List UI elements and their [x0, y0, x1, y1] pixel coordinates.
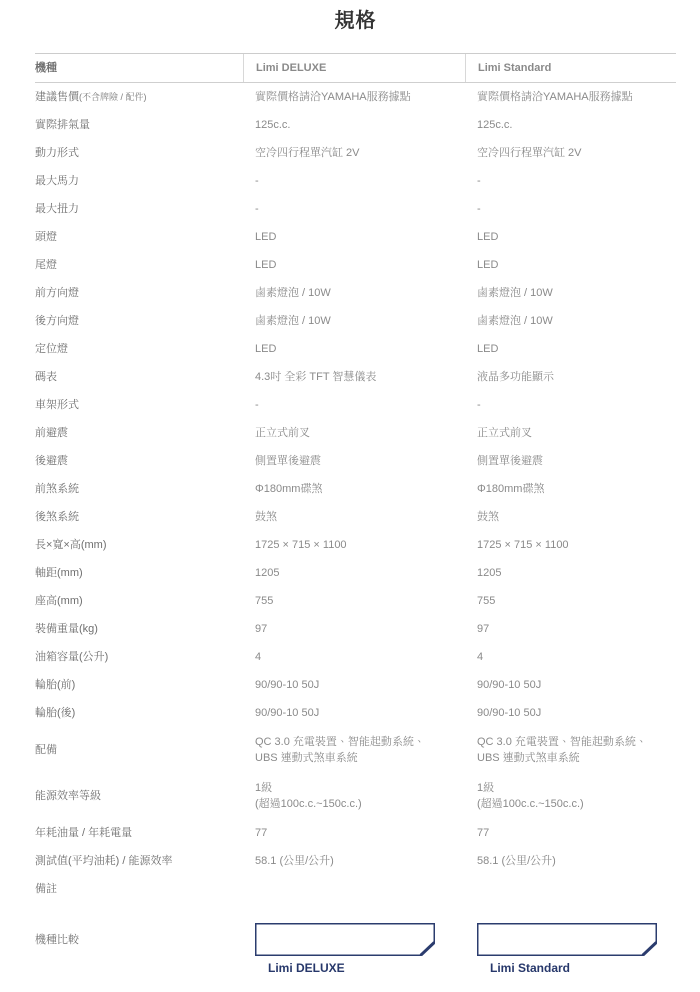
spec-value-limi-standard: 1205	[465, 565, 676, 581]
table-row: 後煞系統 鼓煞 鼓煞	[35, 503, 676, 531]
table-row: 軸距(mm) 1205 1205	[35, 559, 676, 587]
compare-button-limi-deluxe[interactable]: Limi DELUXE	[255, 923, 435, 956]
spec-label: 油箱容量(公升)	[35, 649, 243, 665]
table-row: 座高(mm) 755 755	[35, 587, 676, 615]
spec-label: 建議售價(不含牌險 / 配件)	[35, 89, 243, 105]
table-row: 能源效率等級 1級 (超過100c.c.~150c.c.) 1級 (超過100c…	[35, 773, 676, 819]
compare-button-label: Limi DELUXE	[255, 953, 345, 975]
table-row: 尾燈 LED LED	[35, 251, 676, 279]
spec-value-limi-deluxe: -	[243, 397, 465, 413]
column-header-limi-standard: Limi Standard	[465, 54, 676, 82]
notched-border-shape	[477, 923, 657, 956]
table-row: 動力形式 空冷四行程單汽缸 2V 空冷四行程單汽缸 2V	[35, 139, 676, 167]
column-header-limi-deluxe: Limi DELUXE	[243, 54, 465, 82]
spec-label: 測試值(平均油耗) / 能源效率	[35, 853, 243, 869]
spec-label: 尾燈	[35, 257, 243, 273]
table-row: 備註	[35, 875, 676, 903]
spec-value-limi-standard: 1級 (超過100c.c.~150c.c.)	[465, 780, 676, 812]
spec-value-limi-standard: 正立式前叉	[465, 425, 676, 441]
spec-label: 能源效率等級	[35, 788, 243, 804]
spec-value-limi-standard: Φ180mm碟煞	[465, 481, 676, 497]
table-row: 定位燈 LED LED	[35, 335, 676, 363]
spec-label: 實際排氣量	[35, 117, 243, 133]
spec-label: 座高(mm)	[35, 593, 243, 609]
spec-value-limi-standard: 58.1 (公里/公升)	[465, 853, 676, 869]
spec-label: 配備	[35, 742, 243, 758]
spec-value-limi-deluxe: 755	[243, 593, 465, 609]
spec-value-limi-standard: 4	[465, 649, 676, 665]
spec-page: 規格 機種 Limi DELUXE Limi Standard 建議售價(不含牌…	[0, 0, 700, 992]
spec-label: 頭燈	[35, 229, 243, 245]
spec-label: 輪胎(前)	[35, 677, 243, 693]
table-row: 前煞系統 Φ180mm碟煞 Φ180mm碟煞	[35, 475, 676, 503]
spec-label: 前避震	[35, 425, 243, 441]
spec-value-limi-deluxe: LED	[243, 341, 465, 357]
compare-button-limi-standard[interactable]: Limi Standard	[477, 923, 657, 956]
spec-value-limi-deluxe: 90/90-10 50J	[243, 705, 465, 721]
spec-value-limi-standard: 實際價格請洽YAMAHA服務據點	[465, 89, 676, 105]
spec-value-limi-standard: 鹵素燈泡 / 10W	[465, 313, 676, 329]
spec-label: 車架形式	[35, 397, 243, 413]
column-header-model: 機種	[35, 54, 243, 82]
spec-value-limi-deluxe: 正立式前叉	[243, 425, 465, 441]
spec-value-limi-standard: -	[465, 173, 676, 189]
compare-button-label: Limi Standard	[477, 953, 570, 975]
spec-value-limi-standard: LED	[465, 341, 676, 357]
spec-label: 後避震	[35, 453, 243, 469]
spec-value-limi-standard: LED	[465, 257, 676, 273]
compare-cell-standard: Limi Standard	[465, 907, 676, 972]
table-body: 建議售價(不含牌險 / 配件) 實際價格請洽YAMAHA服務據點 實際價格請洽Y…	[35, 83, 676, 903]
spec-value-limi-deluxe: 鹵素燈泡 / 10W	[243, 313, 465, 329]
table-row: 前避震 正立式前叉 正立式前叉	[35, 419, 676, 447]
table-row: 輪胎(前) 90/90-10 50J 90/90-10 50J	[35, 671, 676, 699]
spec-value-limi-deluxe: 4	[243, 649, 465, 665]
compare-cell-deluxe: Limi DELUXE	[243, 907, 465, 972]
table-row: 後方向燈 鹵素燈泡 / 10W 鹵素燈泡 / 10W	[35, 307, 676, 335]
table-row: 最大馬力 - -	[35, 167, 676, 195]
spec-label: 機種比較	[35, 932, 243, 948]
spec-value-limi-deluxe: 1205	[243, 565, 465, 581]
table-row: 建議售價(不含牌險 / 配件) 實際價格請洽YAMAHA服務據點 實際價格請洽Y…	[35, 83, 676, 111]
spec-value-limi-standard: 空冷四行程單汽缸 2V	[465, 145, 676, 161]
spec-value-limi-standard: -	[465, 397, 676, 413]
spec-value-limi-deluxe: 空冷四行程單汽缸 2V	[243, 145, 465, 161]
spec-value-limi-deluxe: 58.1 (公里/公升)	[243, 853, 465, 869]
table-row: 輪胎(後) 90/90-10 50J 90/90-10 50J	[35, 699, 676, 727]
spec-value-limi-deluxe: -	[243, 201, 465, 217]
table-row: 後避震 側置單後避震 側置單後避震	[35, 447, 676, 475]
spec-value-limi-deluxe: 鹵素燈泡 / 10W	[243, 285, 465, 301]
table-row: 最大扭力 - -	[35, 195, 676, 223]
table-row: 實際排氣量 125c.c. 125c.c.	[35, 111, 676, 139]
spec-value-limi-standard: 77	[465, 825, 676, 841]
compare-row: 機種比較 Limi DELUXE Limi Standar	[35, 907, 676, 972]
spec-value-limi-deluxe: -	[243, 173, 465, 189]
table-row: 頭燈 LED LED	[35, 223, 676, 251]
spec-value-limi-deluxe: 77	[243, 825, 465, 841]
spec-label: 軸距(mm)	[35, 565, 243, 581]
spec-value-limi-standard: 97	[465, 621, 676, 637]
spec-label: 定位燈	[35, 341, 243, 357]
spec-value-limi-deluxe: LED	[243, 229, 465, 245]
table-row: 油箱容量(公升) 4 4	[35, 643, 676, 671]
spec-label: 年耗油量 / 年耗電量	[35, 825, 243, 841]
spec-value-limi-deluxe: LED	[243, 257, 465, 273]
spec-label: 最大扭力	[35, 201, 243, 217]
table-row: 車架形式 - -	[35, 391, 676, 419]
spec-value-limi-deluxe: 97	[243, 621, 465, 637]
spec-value-limi-deluxe: 側置單後避震	[243, 453, 465, 469]
spec-label: 碼表	[35, 369, 243, 385]
compare-label: 機種比較	[35, 934, 79, 946]
spec-value-limi-standard: 1725 × 715 × 1100	[465, 537, 676, 553]
spec-value-limi-deluxe: 1級 (超過100c.c.~150c.c.)	[243, 780, 465, 812]
spec-label: 前煞系統	[35, 481, 243, 497]
table-row: 長×寬×高(mm) 1725 × 715 × 1100 1725 × 715 ×…	[35, 531, 676, 559]
spec-value-limi-standard: QC 3.0 充電裝置、智能起動系統、 UBS 連動式煞車系統	[465, 734, 676, 766]
spec-value-limi-standard: LED	[465, 229, 676, 245]
table-row: 年耗油量 / 年耗電量 77 77	[35, 819, 676, 847]
spec-value-limi-deluxe: 90/90-10 50J	[243, 677, 465, 693]
spec-label: 裝備重量(kg)	[35, 621, 243, 637]
spec-label: 備註	[35, 881, 243, 897]
spec-table: 機種 Limi DELUXE Limi Standard 建議售價(不含牌險 /…	[35, 53, 676, 972]
spec-value-limi-standard: 125c.c.	[465, 117, 676, 133]
spec-label: 最大馬力	[35, 173, 243, 189]
page-title: 規格	[35, 4, 676, 33]
spec-value-limi-standard: 90/90-10 50J	[465, 705, 676, 721]
spec-label: 長×寬×高(mm)	[35, 537, 243, 553]
spec-value-limi-standard: 90/90-10 50J	[465, 677, 676, 693]
spec-value-limi-deluxe: 4.3吋 全彩 TFT 智慧儀表	[243, 369, 465, 385]
spec-value-limi-standard: 側置單後避震	[465, 453, 676, 469]
notched-border-shape	[255, 923, 435, 956]
table-row: 測試值(平均油耗) / 能源效率 58.1 (公里/公升) 58.1 (公里/公…	[35, 847, 676, 875]
spec-value-limi-deluxe: 鼓煞	[243, 509, 465, 525]
spec-value-limi-standard: 鼓煞	[465, 509, 676, 525]
spec-value-limi-standard: 鹵素燈泡 / 10W	[465, 285, 676, 301]
spec-label: 動力形式	[35, 145, 243, 161]
spec-value-limi-standard: 液晶多功能顯示	[465, 369, 676, 385]
spec-value-limi-deluxe: 實際價格請洽YAMAHA服務據點	[243, 89, 465, 105]
table-row: 裝備重量(kg) 97 97	[35, 615, 676, 643]
spec-label: 輪胎(後)	[35, 705, 243, 721]
spec-value-limi-standard: 755	[465, 593, 676, 609]
table-row: 碼表 4.3吋 全彩 TFT 智慧儀表 液晶多功能顯示	[35, 363, 676, 391]
spec-value-limi-deluxe: QC 3.0 充電裝置、智能起動系統、 UBS 連動式煞車系統	[243, 734, 465, 766]
spec-value-limi-standard: -	[465, 201, 676, 217]
table-row: 配備 QC 3.0 充電裝置、智能起動系統、 UBS 連動式煞車系統 QC 3.…	[35, 727, 676, 773]
spec-value-limi-deluxe: Φ180mm碟煞	[243, 481, 465, 497]
table-header-row: 機種 Limi DELUXE Limi Standard	[35, 53, 676, 83]
spec-label: 後煞系統	[35, 509, 243, 525]
spec-value-limi-deluxe: 125c.c.	[243, 117, 465, 133]
spec-label: 後方向燈	[35, 313, 243, 329]
table-row: 前方向燈 鹵素燈泡 / 10W 鹵素燈泡 / 10W	[35, 279, 676, 307]
spec-value-limi-deluxe: 1725 × 715 × 1100	[243, 537, 465, 553]
spec-label: 前方向燈	[35, 285, 243, 301]
